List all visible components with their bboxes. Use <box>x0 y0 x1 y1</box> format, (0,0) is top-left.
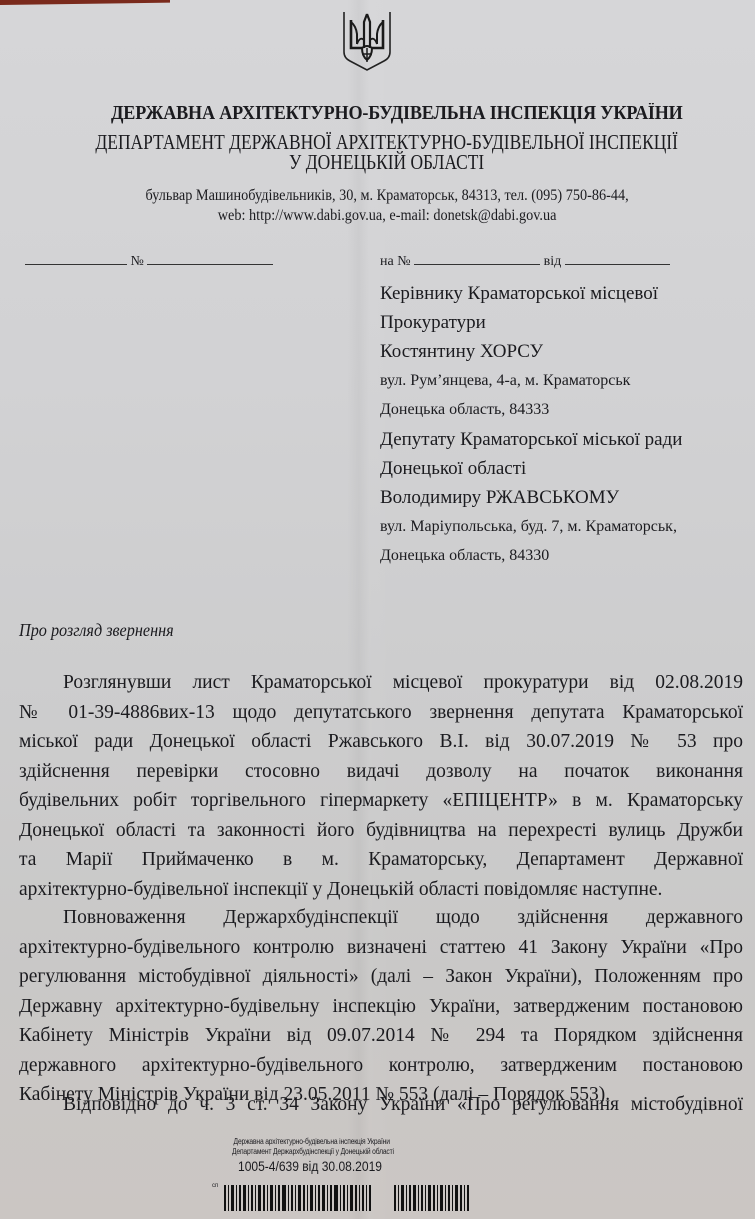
outgoing-number-field: № <box>25 250 273 270</box>
barcode: сп <box>212 1183 472 1213</box>
recipient-street: вул. Маріупольська, буд. 7, м. Краматорс… <box>380 512 682 541</box>
date-label: від <box>544 254 562 269</box>
text-line: Повноваження Держархбудінспекції щодо зд… <box>19 903 743 933</box>
text-line: Донецької області та законності його буд… <box>19 816 743 846</box>
outgoing-number-blank <box>147 250 273 265</box>
barcode-prefix: сп <box>212 1183 218 1189</box>
recipient-region: Донецька область, 84330 <box>380 541 682 570</box>
outgoing-date-blank <box>25 250 127 265</box>
text-line: міської ради Донецької області Ржавськог… <box>19 727 743 757</box>
reply-to-label: на № <box>380 254 411 269</box>
body-paragraph-3: Відповідно до ч. 3 ст. 34 Закону України… <box>19 1090 743 1120</box>
org-address: бульвар Машинобудівельників, 30, м. Крам… <box>31 187 735 205</box>
recipient-org: Прокуратури <box>380 308 658 337</box>
number-label: № <box>131 254 144 269</box>
org-name: ДЕРЖАВНА АРХІТЕКТУРНО-БУДІВЕЛЬНА ІНСПЕКЦ… <box>27 103 748 125</box>
stamp-department-line: Департамент Держархбудінспекції у Донець… <box>232 1146 427 1156</box>
text-line: здійснення перевірки стосовно видачі доз… <box>19 757 743 787</box>
text-line: Державну архітектурно-будівельну інспекц… <box>19 992 743 1022</box>
text-line: архітектурно-будівельної інспекції у Дон… <box>19 875 743 905</box>
letter-subject: Про розгляд звернення <box>19 620 174 641</box>
recipient-title: Керівнику Краматорської місцевої <box>380 279 658 308</box>
org-contacts: web: http://www.dabi.gov.ua, e-mail: don… <box>31 207 735 225</box>
text-line: Кабінету Міністрів України від 09.07.201… <box>19 1021 743 1051</box>
reply-reference-field: на № від <box>380 250 670 270</box>
body-paragraph-1: Розглянувши лист Краматорської місцевої … <box>19 668 743 904</box>
registration-stamp: Державна архітектурно-будівельна інспекц… <box>232 1136 482 1174</box>
recipient-title: Депутату Краматорської міської ради <box>380 425 682 454</box>
recipient-region: Донецька область, 84333 <box>380 395 658 424</box>
text-line: будівельних робіт торгівельного гіпермар… <box>19 786 743 816</box>
recipient-name: Костянтину ХОРСУ <box>380 337 658 366</box>
background-edge <box>0 0 170 5</box>
recipient-street: вул. Рум’янцева, 4-а, м. Краматорськ <box>380 366 658 395</box>
barcode-icon <box>224 1185 469 1211</box>
recipient-name: Володимиру РЖАВСЬКОМУ <box>380 483 682 512</box>
text-line: Відповідно до ч. 3 ст. 34 Закону України… <box>19 1090 743 1120</box>
text-line: Розглянувши лист Краматорської місцевої … <box>19 668 743 698</box>
text-line: та Марії Приймаченко в м. Краматорську, … <box>19 845 743 875</box>
stamp-registration-number: 1005-4/639 від 30.08.2019 <box>238 1158 448 1174</box>
reply-date-blank <box>565 250 670 265</box>
recipient-deputy: Депутату Краматорської міської ради Доне… <box>380 425 682 570</box>
department-region: У ДОНЕЦЬКІЙ ОБЛАСТІ <box>65 150 700 175</box>
body-paragraph-2: Повноваження Держархбудінспекції щодо зд… <box>19 903 743 1110</box>
text-line: державного архітектурно-будівельного кон… <box>19 1051 743 1081</box>
letter-page: ДЕРЖАВНА АРХІТЕКТУРНО-БУДІВЕЛЬНА ІНСПЕКЦ… <box>0 0 755 1219</box>
stamp-org-line: Державна архітектурно-будівельна інспекц… <box>232 1136 427 1146</box>
text-line: архітектурно-будівельного контролю визна… <box>19 933 743 963</box>
trident-coat-of-arms-icon <box>340 8 394 72</box>
reply-number-blank <box>414 250 540 265</box>
text-line: регулювання містобудівної діяльності» (д… <box>19 962 743 992</box>
recipient-org: Донецької області <box>380 454 682 483</box>
text-line: № 01-39-4886вих-13 щодо депутатського зв… <box>19 698 743 728</box>
recipient-prosecutor: Керівнику Краматорської місцевої Прокура… <box>380 279 658 424</box>
